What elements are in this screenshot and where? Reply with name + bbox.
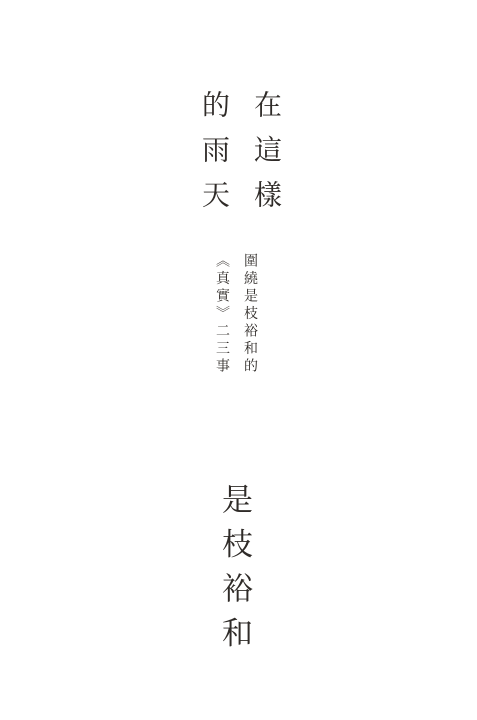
book-subtitle-column-1: 圍繞是枝裕和的 (243, 253, 257, 376)
book-title-column-2: 的雨天 (200, 90, 228, 225)
author-name: 是枝裕和 (218, 483, 249, 661)
book-title-column-1: 在這樣 (252, 90, 280, 225)
book-cover: 在這樣 的雨天 圍繞是枝裕和的 《真實》二三事 是枝裕和 (0, 0, 477, 720)
book-subtitle-column-2: 《真實》二三事 (215, 253, 229, 376)
book-title: 在這樣 的雨天 (200, 90, 280, 225)
author-name-text: 是枝裕和 (218, 483, 249, 661)
book-subtitle: 圍繞是枝裕和的 《真實》二三事 (215, 253, 257, 376)
